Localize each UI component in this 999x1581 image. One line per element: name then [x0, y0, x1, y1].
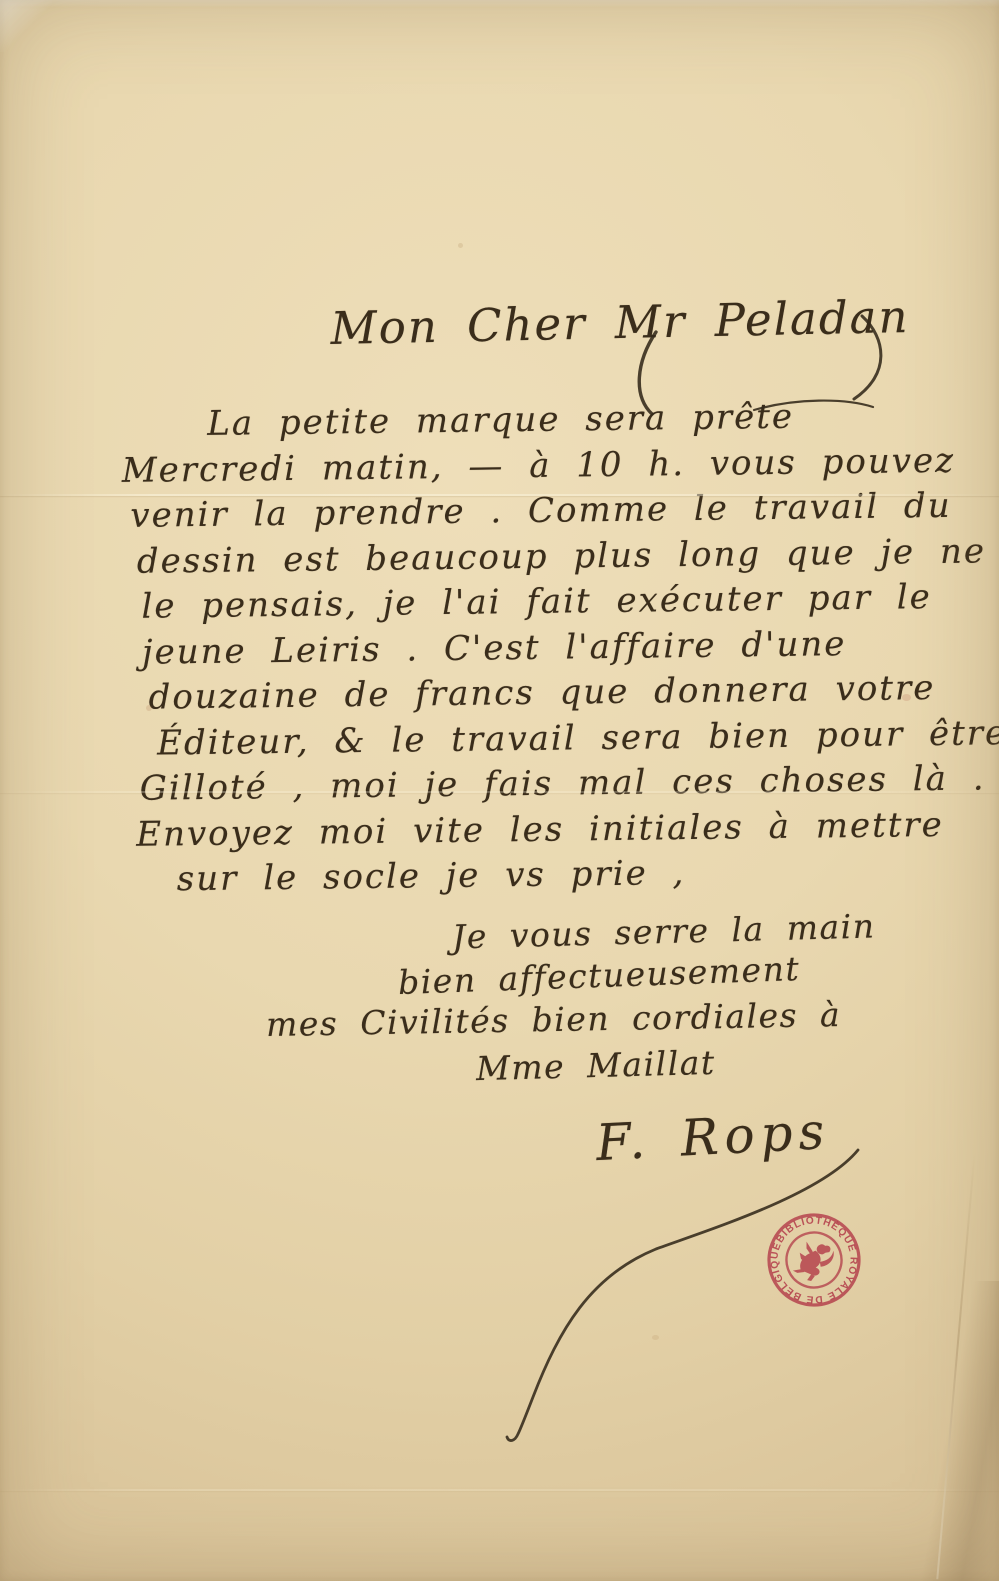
paper-top-edge [0, 0, 999, 7]
salutation: Mon Cher Mr Peladan [330, 290, 911, 355]
foxing-spot [458, 243, 463, 248]
foxing-spot [652, 1335, 659, 1340]
closing-line: mes Civilités bien cordiales à [266, 995, 842, 1044]
closing-line: Je vous serre la main [452, 906, 876, 956]
signature: F. Rops [595, 1102, 832, 1172]
letter-line: sur le socle je vs prie , [125, 848, 935, 903]
lion-icon [790, 1236, 837, 1286]
fold-crease [0, 1489, 999, 1491]
library-stamp: BIBLIOTHÈQUE ROYALE DE BELGIQUE ✳ [761, 1207, 866, 1312]
letter-body: La petite marque sera prête Mercredi mat… [119, 393, 935, 903]
closing-line: Mme Maillat [476, 1043, 717, 1088]
closing-line: bien affectueusement [397, 949, 800, 1002]
bottom-right-fold [909, 1281, 999, 1581]
corner-fold [0, 0, 52, 52]
letter-page: Mon Cher Mr Peladan La petite marque ser… [0, 0, 999, 1581]
edge-crease [936, 1151, 975, 1580]
